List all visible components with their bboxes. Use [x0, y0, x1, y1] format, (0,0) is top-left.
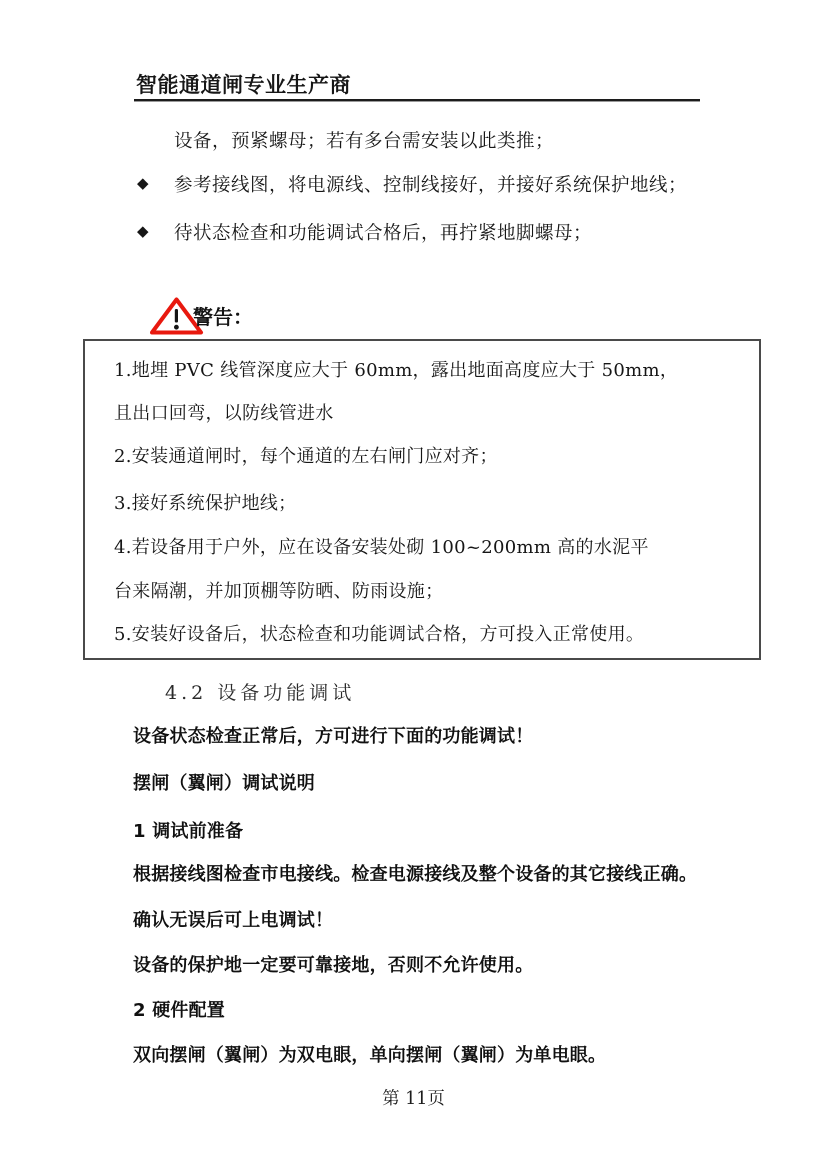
body-line: 设备的保护地一定要可靠接地，否则不允许使用。: [133, 951, 533, 977]
warning-line: 台来隔潮，并加顶棚等防晒、防雨设施；: [114, 577, 443, 603]
page-title: 智能通道闸专业生产商: [136, 69, 351, 99]
warning-line: 2.安装通道闸时，每个通道的左右闸门应对齐；: [114, 442, 498, 468]
warning-line: 5.安装好设备后，状态检查和功能调试合格，方可投入正常使用。: [114, 620, 644, 646]
warning-label: 警告：: [193, 301, 253, 330]
diamond-bullet-icon: ◆: [137, 222, 149, 240]
body-line: 2 硬件配置: [133, 996, 225, 1022]
intro-line: 设备，预紧螺母；若有多台需安装以此类推；: [174, 127, 554, 153]
warning-box: 1.地埋 PVC 线管深度应大于 60mm，露出地面高度应大于 50mm， 且出…: [83, 339, 761, 660]
bullet-text: 待状态检查和功能调试合格后，再拧紧地脚螺母；: [174, 219, 592, 245]
warning-line: 且出口回弯，以防线管进水: [114, 399, 334, 425]
body-line: 1 调试前准备: [133, 817, 243, 843]
bullet-text: 参考接线图，将电源线、控制线接好，并接好系统保护地线；: [174, 171, 687, 197]
body-line: 双向摆闸（翼闸）为双电眼，单向摆闸（翼闸）为单电眼。: [133, 1041, 606, 1067]
diamond-bullet-icon: ◆: [137, 174, 149, 192]
warning-line: 4.若设备用于户外，应在设备安装处砌 100~200mm 高的水泥平: [114, 533, 649, 559]
body-line: 根据接线图检查市电接线。检查电源接线及整个设备的其它接线正确。: [133, 860, 697, 886]
body-line: 设备状态检查正常后，方可进行下面的功能调试！: [133, 722, 533, 748]
manual-page: 智能通道闸专业生产商 设备，预紧螺母；若有多台需安装以此类推； ◆ 参考接线图，…: [0, 0, 827, 1167]
page-number: 第 11页: [0, 1085, 827, 1110]
body-line: 摆闸（翼闸）调试说明: [133, 769, 315, 795]
header-rule: [134, 99, 700, 102]
warning-line: 1.地埋 PVC 线管深度应大于 60mm，露出地面高度应大于 50mm，: [114, 356, 678, 382]
body-line: 确认无误后可上电调试！: [133, 906, 333, 932]
warning-line: 3.接好系统保护地线；: [114, 489, 296, 515]
section-heading: 4.2 设备功能调试: [165, 678, 355, 705]
